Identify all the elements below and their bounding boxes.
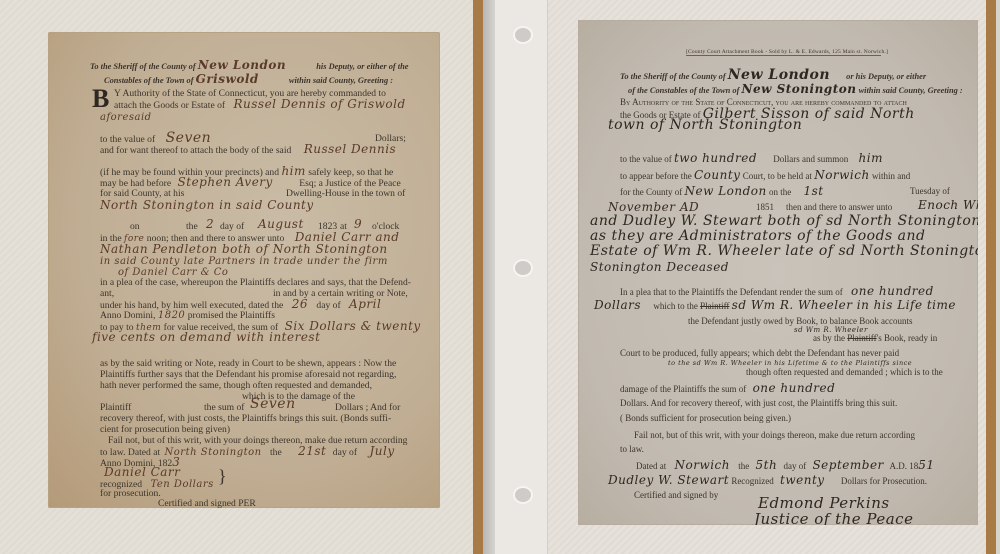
handwritten-town: Griswold: [196, 72, 259, 86]
writ-document-1823: To the Sheriff of the County of New Lond…: [48, 32, 440, 508]
header-line-2: Constables of the Town of Griswold withi…: [104, 74, 393, 86]
justice-title-handwritten: Justice of the Peace: [754, 514, 913, 525]
text-line: Dudley W. Stewart Recognized twenty Doll…: [608, 475, 927, 487]
header-line-1: To the Sheriff of the County of New Lond…: [620, 70, 926, 82]
binder-edge: [996, 0, 1000, 554]
text-line: Plaintiffs further says that the Defenda…: [100, 369, 396, 380]
sheet-protector-edge: [495, 0, 548, 554]
handwritten-line: Stonington Deceased: [590, 262, 729, 273]
text-line: Dollars. And for recovery thereof, with …: [620, 398, 897, 409]
text-line: ( Bonds sufficient for prosecution being…: [620, 413, 791, 424]
text-line: Anno Domini, 1820 promised the Plaintiff…: [100, 310, 275, 321]
header-line-2: of the Constables of the Town of New Sto…: [628, 84, 963, 96]
handwritten-line: Nathan Pendleton both of North Stoningto…: [100, 244, 388, 255]
handwritten-line: aforesaid: [100, 112, 152, 123]
binder-tab-strip-right: [986, 0, 996, 554]
text-line: to law.: [620, 444, 644, 455]
text-line: as by the said writing or Note, ready in…: [100, 358, 396, 369]
text-line: Dollars which to the Plaintiff sd Wm R. …: [594, 300, 956, 312]
text-line: hath never performed the same, though of…: [100, 380, 372, 391]
justice-signature: Edmond Perkins: [758, 498, 890, 509]
handwritten-line: North Stonington in said County: [100, 200, 314, 211]
binder-hole-middle: [513, 259, 533, 277]
handwritten-line: and Dudley W. Stewart both of sd North S…: [590, 216, 978, 227]
text-line: attach the Goods or Estate of Russel Den…: [114, 99, 406, 111]
text-line: Fail not, but of this writ, with your do…: [108, 435, 407, 446]
text-line: damage of the Plaintiffs the sum of one …: [620, 383, 835, 395]
text-line: In a plea that to the Plaintiffs the Def…: [620, 286, 934, 298]
printer-header-underline: [686, 55, 881, 56]
text-line: cient for prosecution being given): [100, 424, 230, 435]
text-line: as by the Plaintiff's Book, ready in: [813, 333, 937, 344]
binder-tab-strip: [473, 0, 483, 554]
text-line: Plaintiff the sum of Seven Dollars ; And…: [100, 402, 400, 413]
writ-document-1851: [County Court Attachment Book - Sold by …: [578, 20, 978, 525]
handwritten-line: Estate of Wm R. Wheeler late of sd North…: [590, 246, 978, 257]
text-line: to the value of two hundred Dollars and …: [620, 153, 883, 165]
handwritten-line: five cents on demand with interest: [92, 332, 320, 343]
text-line: Dated at Norwich the 5th day of Septembe…: [636, 460, 935, 472]
text-line: Certified and signed PER: [158, 498, 256, 508]
text-line: though often requested and demanded ; wh…: [746, 367, 943, 378]
text-line: for prosecution.: [100, 488, 161, 499]
text-line: Certified and signed by: [634, 490, 718, 501]
text-line: and for want thereof to attach the body …: [100, 144, 396, 156]
handwritten-line: in said County late Partners in trade un…: [100, 256, 388, 267]
text-line: to appear before the County Court, to be…: [620, 170, 910, 182]
handwritten-line: town of North Stonington: [608, 120, 802, 131]
text-line: in a plea of the case, whereupon the Pla…: [100, 277, 411, 288]
text-line: ant, in and by a certain writing or Note…: [100, 288, 114, 299]
header-line-1: To the Sheriff of the County of New Lond…: [90, 60, 409, 72]
binder-hole-top: [513, 26, 533, 44]
text-line: Fail not, but of this writ, with your do…: [634, 430, 915, 441]
handwritten-name: Daniel Carr: [104, 467, 180, 478]
text-line: recovery thereof, with just costs, the P…: [100, 413, 391, 424]
binder-spine: [483, 0, 495, 554]
drop-cap: B: [92, 86, 109, 112]
handwritten-line: as they are Administrators of the Goods …: [590, 231, 926, 242]
binder-hole-bottom: [513, 486, 533, 504]
text-line: for the County of New London on the 1st …: [620, 186, 960, 198]
handwritten-county: New London: [198, 58, 286, 72]
printer-header: [County Court Attachment Book - Sold by …: [686, 47, 888, 58]
